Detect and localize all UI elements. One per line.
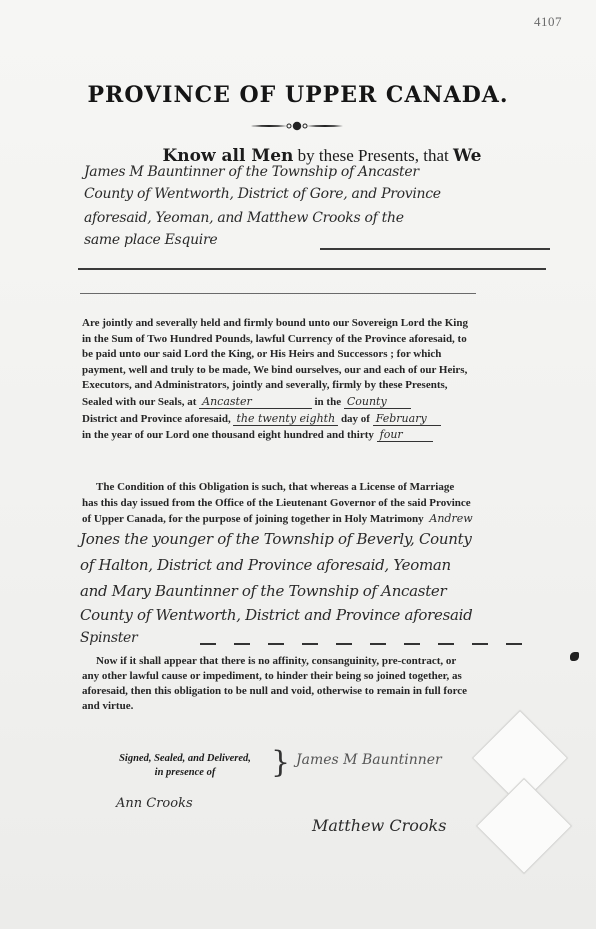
bond-paragraph: Are jointly and severally held and firml… [82,316,514,444]
void-line: and virtue. [82,699,514,714]
day-mid: day of [341,413,370,425]
obligor-line-3: aforesaid, Yeoman, and Matthew Crooks of… [84,210,554,226]
signed-sealed-label: Signed, Sealed, and Delivered, in presen… [100,752,270,780]
bond-line: payment, well and truly to be made, We b… [82,363,514,379]
void-paragraph: Now if it shall appear that there is no … [82,654,514,714]
signature-witness: Ann Crooks [116,796,193,811]
bond-line: be paid unto our said Lord the King, or … [82,347,514,363]
bond-line: in the Sum of Two Hundred Pounds, lawful… [82,332,514,348]
parties-line-4: County of Wentworth, District and Provin… [80,606,550,624]
page-number: 4107 [534,14,562,30]
bond-line: Are jointly and severally held and firml… [82,316,514,332]
month-field: February [373,412,441,426]
signature-obligor-2: Matthew Crooks [312,816,446,835]
sealed-line: Sealed with our Seals, at Ancaster in th… [82,394,514,411]
fill-rule [80,293,476,294]
preamble-know-all-men: Know all Men [163,146,294,166]
bond-line: Executors, and Administrators, jointly a… [82,378,514,394]
sealed-county-field: County [344,395,411,409]
year-prefix: in the year of our Lord one thousand eig… [82,429,374,441]
parties-line-3: and Mary Bauntinner of the Township of A… [80,582,550,600]
condition-line: has this day issued from the Office of t… [82,496,514,512]
sealed-prefix: Sealed with our Seals, at [82,396,196,408]
obligor-line-1: James M Bauntinner of the Township of An… [84,164,554,180]
condition-line: of Upper Canada, for the purpose of join… [82,511,514,528]
document-page: 4107 PROVINCE OF UPPER CANADA. Know all … [0,0,596,929]
year-line: in the year of our Lord one thousand eig… [82,427,514,444]
void-line: Now if it shall appear that there is no … [82,654,514,669]
preamble-we: We [453,146,482,166]
document-title: PROVINCE OF UPPER CANADA. [0,82,596,108]
sealed-mid: in the [314,396,341,408]
signed-label-line-2: in presence of [100,766,270,780]
fill-rule [78,268,546,270]
district-prefix: District and Province aforesaid, [82,413,231,425]
obligor-line-4: same place Esquire [84,232,554,248]
dashed-fill-rule [200,643,540,645]
fill-rule [320,248,550,250]
ink-mark [570,652,579,661]
condition-paragraph: The Condition of this Obligation is such… [82,480,514,528]
ornament-divider-icon [249,121,345,131]
parties-line-2: of Halton, District and Province aforesa… [80,556,550,574]
signed-label-line-1: Signed, Sealed, and Delivered, [100,752,270,766]
day-field: the twenty eighth [233,412,338,426]
obligor-line-2: County of Wentworth, District of Gore, a… [84,186,554,202]
signature-obligor-1: James M Bauntinner [296,752,442,768]
preamble: Know all Men by these Presents, that We [92,146,552,166]
district-line: District and Province aforesaid, the twe… [82,411,514,428]
brace-icon: } [271,749,290,777]
void-line: aforesaid, then this obligation to be nu… [82,684,514,699]
seal-wafer-2 [476,778,572,874]
condition-line: The Condition of this Obligation is such… [82,480,514,496]
preamble-by-these-presents: by these Presents, that [293,146,453,165]
void-line: any other lawful cause or impediment, to… [82,669,514,684]
year-field: four [377,428,433,442]
matrimony-field: Andrew [426,512,475,525]
parties-line-1: Jones the younger of the Township of Bev… [80,530,550,548]
sealed-place-field: Ancaster [199,395,312,409]
